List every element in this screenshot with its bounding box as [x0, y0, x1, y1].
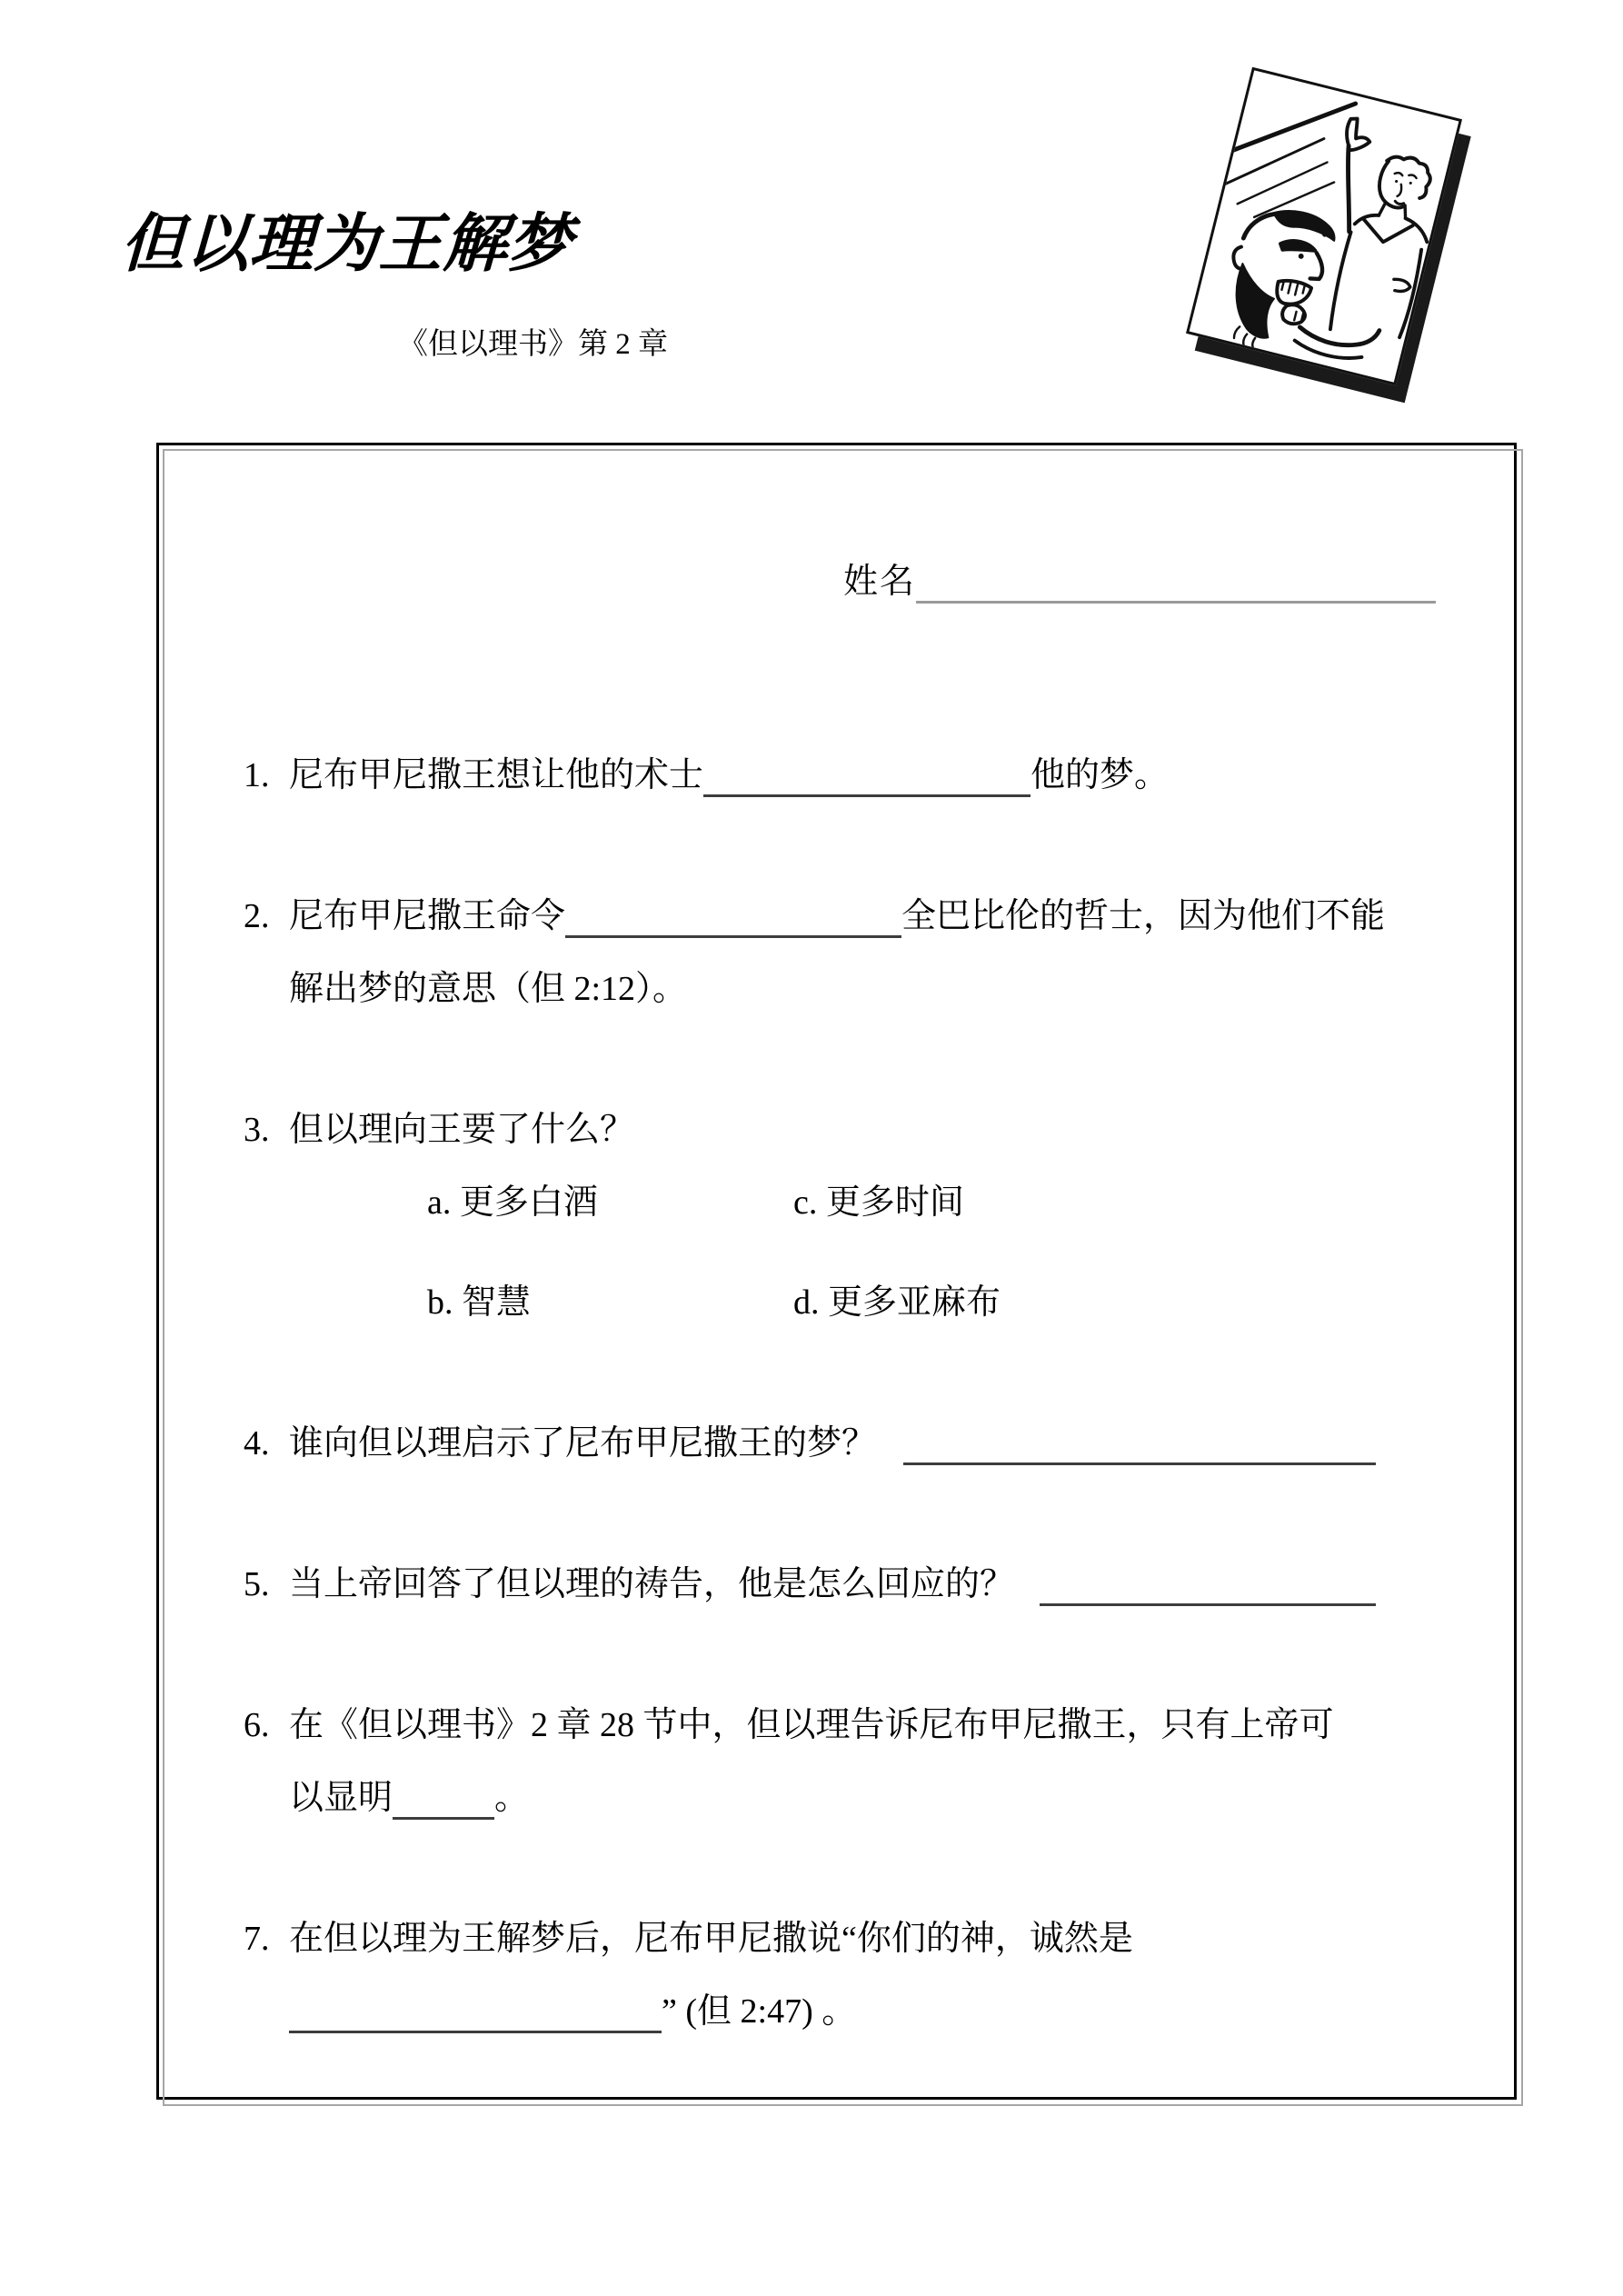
question-text: 他的梦。 [1031, 756, 1169, 794]
question: 2.尼布甲尼撒王命令全巴比伦的哲士，因为他们不能解出梦的意思（但 2:12）。 [244, 880, 1444, 1025]
question-text: 谁向但以理启示了尼布甲尼撒王的梦？ [289, 1424, 876, 1462]
option-row: a. 更多白酒c. 更多时间 [289, 1166, 1444, 1239]
question-text: 尼布甲尼撒王想让他的术士 [289, 756, 703, 794]
worksheet-page: { "page": { "title": "但以理为王解梦", "subtitl… [0, 0, 1623, 2296]
question-body: 尼布甲尼撒王命令全巴比伦的哲士，因为他们不能解出梦的意思（但 2:12）。 [289, 880, 1444, 1025]
question-text: ” (但 2:47) 。 [662, 1992, 856, 2031]
option-row: b. 智慧d. 更多亚麻布 [289, 1266, 1444, 1339]
question-text: 。 [494, 1779, 529, 1817]
question-text: 在《但以理书》2 章 28 节中，但以理告诉尼布甲尼撒王，只有上帝可 [289, 1706, 1334, 1744]
question-line: ” (但 2:47) 。 [289, 1975, 1444, 2048]
question-list: 1.尼布甲尼撒王想让他的术士他的梦。2.尼布甲尼撒王命令全巴比伦的哲士，因为他们… [244, 739, 1444, 2048]
question: 4.谁向但以理启示了尼布甲尼撒王的梦？ [244, 1407, 1444, 1480]
question-text: 以显明 [289, 1779, 393, 1817]
question-body: 但以理向王要了什么？a. 更多白酒c. 更多时间b. 智慧d. 更多亚麻布 [289, 1093, 1444, 1339]
question-body: 在《但以理书》2 章 28 节中，但以理告诉尼布甲尼撒王，只有上帝可以显明。 [289, 1689, 1444, 1834]
question-body: 尼布甲尼撒王想让他的术士他的梦。 [289, 739, 1444, 812]
question-number: 1. [244, 739, 289, 812]
question-number: 3. [244, 1093, 289, 1339]
question-line: 解出梦的意思（但 2:12）。 [289, 953, 1444, 1025]
question-text: 在但以理为王解梦后，尼布甲尼撒说“你们的神，诚然是 [289, 1920, 1133, 1958]
question: 5.当上帝回答了但以理的祷告，他是怎么回应的？ [244, 1548, 1444, 1621]
question-line: 当上帝回答了但以理的祷告，他是怎么回应的？ [289, 1548, 1444, 1621]
question: 6.在《但以理书》2 章 28 节中，但以理告诉尼布甲尼撒王，只有上帝可以显明。 [244, 1689, 1444, 1834]
question-number: 4. [244, 1407, 289, 1480]
question-text: 解出梦的意思（但 2:12）。 [289, 970, 687, 1008]
name-label: 姓名 [843, 563, 916, 601]
question-text: 当上帝回答了但以理的祷告，他是怎么回应的？ [289, 1565, 1014, 1603]
name-row: 姓名 [244, 545, 1444, 618]
page-subtitle: 《但以理书》第 2 章 [398, 320, 668, 363]
question-body: 当上帝回答了但以理的祷告，他是怎么回应的？ [289, 1548, 1444, 1621]
question-text: 全巴比伦的哲士，因为他们不能 [901, 897, 1385, 935]
option-item: a. 更多白酒 [427, 1166, 793, 1239]
question-body: 谁向但以理启示了尼布甲尼撒王的梦？ [289, 1407, 1444, 1480]
answer-blank-line [903, 1462, 1376, 1465]
answer-blank-line [393, 1817, 494, 1820]
option-item: b. 智慧 [427, 1266, 793, 1339]
question: 7.在但以理为王解梦后，尼布甲尼撒说“你们的神，诚然是” (但 2:47) 。 [244, 1902, 1444, 2048]
name-blank-line [916, 601, 1436, 604]
question-text: 但以理向王要了什么？ [289, 1111, 634, 1149]
comic-panel [1186, 67, 1462, 386]
question-body: 在但以理为王解梦后，尼布甲尼撒说“你们的神，诚然是” (但 2:47) 。 [289, 1902, 1444, 2048]
answer-blank-line [703, 794, 1031, 797]
option-item: d. 更多亚麻布 [793, 1283, 1001, 1322]
answer-blank-line [565, 935, 901, 938]
question: 3.但以理向王要了什么？a. 更多白酒c. 更多时间b. 智慧d. 更多亚麻布 [244, 1093, 1444, 1339]
question-line: 以显明。 [289, 1762, 1444, 1834]
question: 1.尼布甲尼撒王想让他的术士他的梦。 [244, 739, 1444, 812]
question-line: 在但以理为王解梦后，尼布甲尼撒说“你们的神，诚然是 [289, 1902, 1444, 1975]
option-item: c. 更多时间 [793, 1183, 964, 1222]
question-line: 但以理向王要了什么？ [289, 1093, 1444, 1166]
daniel-king-illustration [1186, 67, 1462, 386]
question-line: 尼布甲尼撒王想让他的术士他的梦。 [289, 739, 1444, 812]
question-line: 尼布甲尼撒王命令全巴比伦的哲士，因为他们不能 [289, 880, 1444, 953]
answer-blank-line [1040, 1603, 1376, 1606]
question-number: 5. [244, 1548, 289, 1621]
question-number: 7. [244, 1902, 289, 2048]
answer-blank-line [289, 2031, 662, 2033]
question-line: 在《但以理书》2 章 28 节中，但以理告诉尼布甲尼撒王，只有上帝可 [289, 1689, 1444, 1762]
daniel-king-comic-art [1190, 70, 1459, 382]
worksheet-body: 姓名 1.尼布甲尼撒王想让他的术士他的梦。2.尼布甲尼撒王命令全巴比伦的哲士，因… [156, 443, 1517, 2100]
question-number: 6. [244, 1689, 289, 1834]
question-line: 谁向但以理启示了尼布甲尼撒王的梦？ [289, 1407, 1444, 1480]
page-title: 但以理为王解梦 [119, 193, 574, 285]
question-number: 2. [244, 880, 289, 1025]
question-text: 尼布甲尼撒王命令 [289, 897, 565, 935]
